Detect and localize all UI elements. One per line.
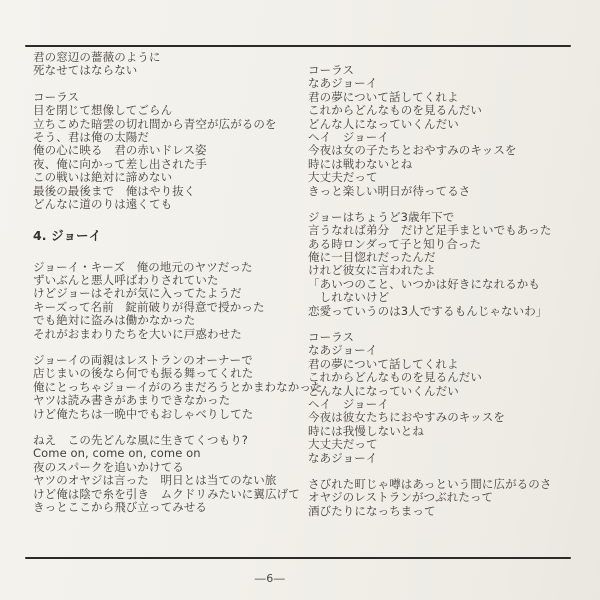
lyric-stanza: ねえ この先どんな風に生きてくつもり?Come on, come on, com… [33, 434, 311, 514]
lyric-line: ずいぶんと悪人呼ばわりされていた [33, 274, 311, 287]
lyric-line: この戦いは絶対に諦めない [33, 171, 311, 184]
lyrics-column-left: 君の窓辺の薔薇のように死なせてはならないコーラス目を閉じて想像してごらん立ちこめ… [33, 51, 311, 514]
lyric-line: しれないけど [308, 291, 586, 304]
lyric-line: なあジョーイ [308, 77, 586, 90]
lyric-line: どんな人になっていくんだい [308, 385, 586, 398]
lyric-line: ヘイ ジョーイ [308, 131, 586, 144]
lyric-line: 酒びたりになっちまって [308, 505, 586, 518]
lyric-line: コーラス [308, 331, 586, 344]
lyric-line: 夜、俺に向かって差し出された手 [33, 158, 311, 171]
lyric-line: なあジョーイ [308, 344, 586, 357]
lyric-line: ねえ この先どんな風に生きてくつもり? [33, 434, 311, 447]
lyric-line: ヤツは読み書きがあまりできなかった [33, 394, 311, 407]
lyric-line: 今夜は彼女たちにおやすみのキッスを [308, 411, 586, 424]
lyric-line: 今夜は女の子たちとおやすみのキッスを [308, 144, 586, 157]
lyric-stanza: コーラスなあジョーイ君の夢について話してくれよこれからどんなものを見るんだいどん… [308, 331, 586, 465]
lyric-line: コーラス [308, 64, 586, 77]
lyric-line: 君の夢について話してくれよ [308, 358, 586, 371]
lyric-line: ヤツのオヤジは言った 明日とは当てのない旅 [33, 474, 311, 487]
lyric-line: けれど彼女に言われたよ [308, 264, 586, 277]
lyric-line: これからどんなものを見るんだい [308, 104, 586, 117]
lyric-line: 最後の最後まで 俺はやり抜く [33, 185, 311, 198]
lyric-line: 俺の心に映る 君の赤いドレス姿 [33, 144, 311, 157]
lyric-line: Come on, come on, come on [33, 447, 311, 460]
lyric-line: 言うなれば弟分 だけど足手まといでもあった [308, 224, 586, 237]
lyric-line: 恋愛っていうのは3人でするもんじゃないわ」 [308, 305, 586, 318]
lyric-stanza: ジョーはちょうど3歳年下で言うなれば弟分 だけど足手まといでもあったある時ロンダ… [308, 211, 586, 318]
lyric-line: 店じまいの後なら何でも振る舞ってくれた [33, 367, 311, 380]
lyric-stanza: ジョーイ・キーズ 俺の地元のヤツだったずいぶんと悪人呼ばわりされていたけどジョー… [33, 261, 311, 341]
lyric-line: ジョーはちょうど3歳年下で [308, 211, 586, 224]
lyric-line: 大丈夫だって [308, 438, 586, 451]
lyric-line: 夜のスパークを追いかけてる [33, 461, 311, 474]
lyric-stanza: さびれた町じゃ噂はあっという間に広がるのさオヤジのレストランがつぶれたって酒びた… [308, 478, 586, 518]
lyric-stanza: コーラス目を閉じて想像してごらん立ちこめた暗雲の切れ間から青空が広がるのをそう、… [33, 91, 311, 212]
lyric-stanza: コーラスなあジョーイ君の夢について話してくれよこれからどんなものを見るんだいどん… [308, 64, 586, 198]
song-heading-text: 4. ジョーイ [33, 229, 311, 242]
lyric-line: けど俺たちは一晩中でもおしゃべりしてた [33, 408, 311, 421]
song-heading: 4. ジョーイ [33, 229, 311, 242]
top-rule [25, 45, 571, 47]
lyric-line: 君の夢について話してくれよ [308, 91, 586, 104]
lyric-line: さびれた町じゃ噂はあっという間に広がるのさ [308, 478, 586, 491]
lyric-line: 時には戦わないとね [308, 158, 586, 171]
lyric-line: ジョーイ・キーズ 俺の地元のヤツだった [33, 261, 311, 274]
lyric-line: けどジョーはそれが気に入ってたようだ [33, 287, 311, 300]
lyric-line: 死なせてはならない [33, 64, 311, 77]
lyric-line: そう、君は俺の太陽だ [33, 131, 311, 144]
lyric-line: 目を閉じて想像してごらん [33, 104, 311, 117]
lyric-line: 大丈夫だって [308, 171, 586, 184]
lyric-line: きっとここから飛び立ってみせる [33, 501, 311, 514]
lyric-line: どんなに道のりは遠くても [33, 198, 311, 211]
booklet-page: 君の窓辺の薔薇のように死なせてはならないコーラス目を閉じて想像してごらん立ちこめ… [0, 0, 600, 600]
lyric-line: これからどんなものを見るんだい [308, 371, 586, 384]
lyric-line: オヤジのレストランがつぶれたって [308, 491, 586, 504]
lyric-stanza: ジョーイの両親はレストランのオーナーで店じまいの後なら何でも振る舞ってくれた俺に… [33, 354, 311, 421]
bottom-rule [25, 557, 571, 559]
lyric-line: 時には我慢しないとね [308, 425, 586, 438]
page-number: ―6― [238, 572, 302, 585]
lyric-line: きっと楽しい明日が待ってるさ [308, 185, 586, 198]
lyric-line: コーラス [33, 91, 311, 104]
lyric-line: 俺に一目惚れだったんだ [308, 251, 586, 264]
lyric-line: ジョーイの両親はレストランのオーナーで [33, 354, 311, 367]
lyric-line: 君の窓辺の薔薇のように [33, 51, 311, 64]
lyric-line: キーズって名前 錠前破りが得意で授かった [33, 301, 311, 314]
lyric-line: ある時ロンダって子と知り合った [308, 238, 586, 251]
lyric-line: なあジョーイ [308, 452, 586, 465]
lyric-line: 「あいつのこと、いつかは好きになれるかも [308, 278, 586, 291]
lyric-line: 立ちこめた暗雲の切れ間から青空が広がるのを [33, 118, 311, 131]
lyric-stanza: 君の窓辺の薔薇のように死なせてはならない [33, 51, 311, 78]
lyric-line: それがおまわりたちを大いに戸惑わせた [33, 328, 311, 341]
lyric-line: どんな人になっていくんだい [308, 118, 586, 131]
lyric-line: でも絶対に盗みは働かなかった [33, 314, 311, 327]
lyric-line: けど俺は陰で糸を引き ムクドリみたいに翼広げて [33, 488, 311, 501]
lyric-line: ヘイ ジョーイ [308, 398, 586, 411]
lyrics-column-right: コーラスなあジョーイ君の夢について話してくれよこれからどんなものを見るんだいどん… [308, 64, 586, 518]
lyric-line: 俺にとっちゃジョーイがのろまだろうとかまわなかった [33, 381, 311, 394]
